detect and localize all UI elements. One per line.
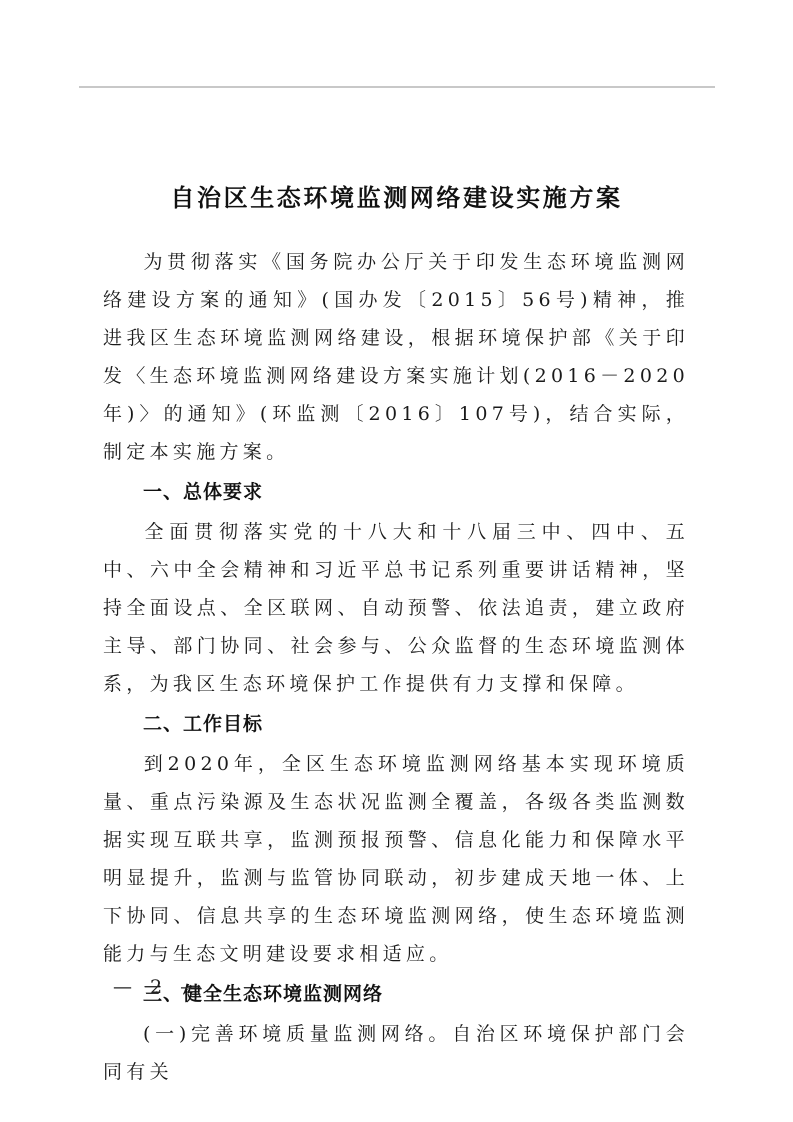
header-rule bbox=[79, 86, 715, 88]
paragraph-text: 到2020年，全区生态环境监测网络基本实现环境质量、重点污染源及生态状况监测全覆… bbox=[103, 753, 689, 965]
section-heading-general-requirements: 一、总体要求 bbox=[103, 471, 689, 513]
paragraph-text: (一)完善环境质量监测网络。自治区环境保护部门会同有关 bbox=[103, 1023, 689, 1083]
paragraph-text: 为贯彻落实《国务院办公厅关于印发生态环境监测网络建设方案的通知》(国办发〔201… bbox=[103, 251, 689, 463]
page-number: — 2 — bbox=[113, 974, 205, 1000]
section-heading-work-goals: 二、工作目标 bbox=[103, 703, 689, 745]
intro-paragraph: 为贯彻落实《国务院办公厅关于印发生态环境监测网络建设方案的通知》(国办发〔201… bbox=[103, 243, 689, 471]
general-requirements-paragraph: 全面贯彻落实党的十八大和十八届三中、四中、五中、六中全会精神和习近平总书记系列重… bbox=[103, 513, 689, 703]
document-body: 为贯彻落实《国务院办公厅关于印发生态环境监测网络建设方案的通知》(国办发〔201… bbox=[103, 243, 689, 1091]
work-goals-paragraph: 到2020年，全区生态环境监测网络基本实现环境质量、重点污染源及生态状况监测全覆… bbox=[103, 745, 689, 973]
monitoring-network-paragraph: (一)完善环境质量监测网络。自治区环境保护部门会同有关 bbox=[103, 1015, 689, 1091]
document-title: 自治区生态环境监测网络建设实施方案 bbox=[0, 182, 793, 214]
paragraph-text: 全面贯彻落实党的十八大和十八届三中、四中、五中、六中全会精神和习近平总书记系列重… bbox=[103, 521, 689, 695]
